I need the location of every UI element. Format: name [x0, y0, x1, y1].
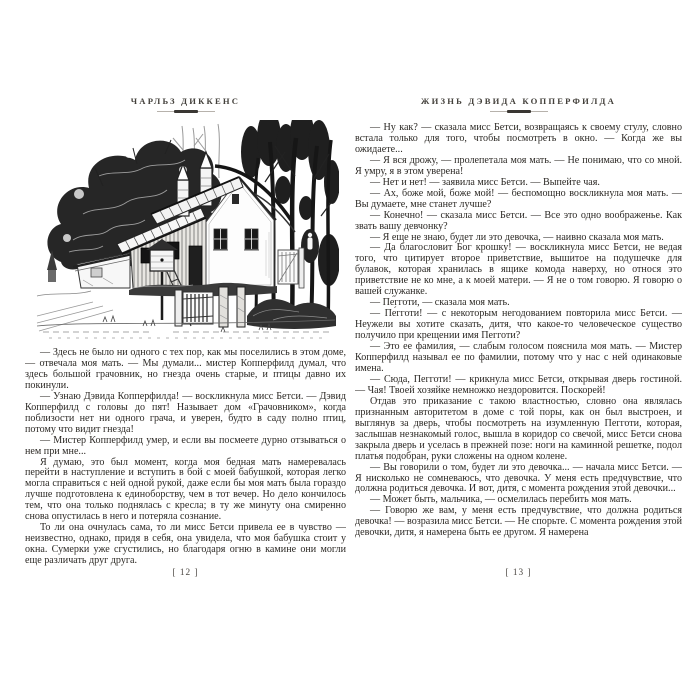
- paragraph: — Пе́гготи! — с некоторым негодованием п…: [355, 309, 682, 342]
- running-head-author: ЧАРЛЬЗ ДИККЕНС: [25, 96, 346, 106]
- paragraph: — Здесь не было ни одного с тех пор, как…: [25, 348, 346, 392]
- page-right: ЖИЗНЬ ДЭВИДА КОППЕРФИЛДА — Ну как? — ска…: [355, 96, 682, 602]
- paragraph: То ли она очнулась сама, то ли мисс Бетс…: [25, 523, 346, 566]
- page-left: ЧАРЛЬЗ ДИККЕНС: [25, 96, 346, 602]
- paragraph: — Это ее фамилия, — слабым голосом поясн…: [355, 342, 682, 375]
- paragraph: — Вы говорили о том, будет ли это девочк…: [355, 463, 682, 496]
- paragraph: — Мистер Копперфилд умер, и если вы посм…: [25, 436, 346, 458]
- page-number-right: [ 13 ]: [355, 568, 682, 578]
- paragraph: Отдав это приказание с такою властностью…: [355, 397, 682, 463]
- right-page-text: — Ну как? — сказала мисс Бетси, возвраща…: [355, 123, 682, 564]
- header-rule: [490, 110, 548, 113]
- paragraph: — Ах, боже мой, боже мой! — беспомощно в…: [355, 189, 682, 211]
- paragraph: — Да благословит Бог крошку! — воскликну…: [355, 243, 682, 298]
- running-head-title: ЖИЗНЬ ДЭВИДА КОППЕРФИЛДА: [355, 96, 682, 106]
- paragraph: — Сюда, Пегготи! — крикнула мисс Бетси, …: [355, 375, 682, 397]
- paragraph: — Узнаю Дэвида Копперфилда! — воскликнул…: [25, 392, 346, 436]
- page-left-header: ЧАРЛЬЗ ДИККЕНС: [25, 96, 346, 113]
- paragraph: — Ну как? — сказала мисс Бетси, возвраща…: [355, 123, 682, 156]
- cottage-illustration: [33, 120, 339, 343]
- page-right-header: ЖИЗНЬ ДЭВИДА КОППЕРФИЛДА: [355, 96, 682, 113]
- header-rule: [157, 110, 215, 113]
- page-number-left: [ 12 ]: [25, 568, 346, 578]
- paragraph: — Говорю же вам, у меня есть предчувстви…: [355, 506, 682, 539]
- paragraph: — Конечно! — сказала мисс Бетси. — Все э…: [355, 211, 682, 233]
- cottage-sketch-svg: [33, 120, 339, 343]
- paragraph: Я думаю, это был момент, когда моя бедна…: [25, 458, 346, 524]
- left-page-text: — Здесь не было ни одного с тех пор, как…: [25, 348, 346, 566]
- paragraph: — Я вся дрожу, — пролепетала моя мать. —…: [355, 156, 682, 178]
